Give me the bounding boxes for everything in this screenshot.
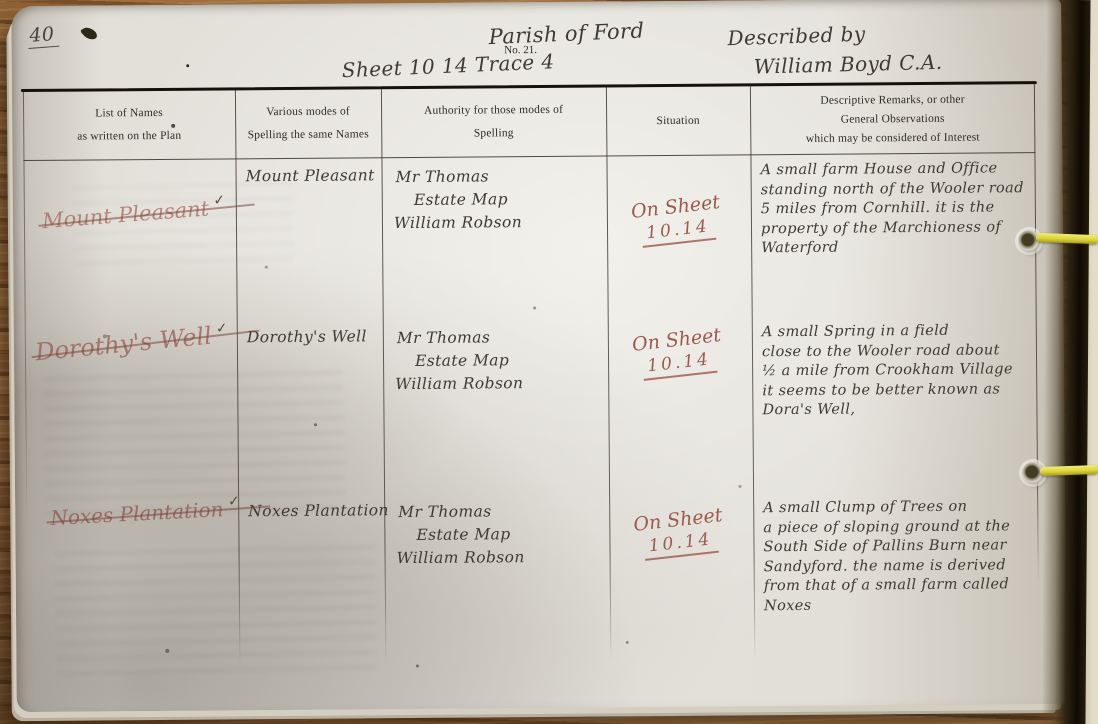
authority-line: Estate Map — [392, 188, 601, 213]
situation-number: 10.14 — [643, 529, 719, 561]
authority-line: Estate Map — [393, 349, 602, 374]
table-row: Dorothy's Well✓ Dorothy's Well Mr Thomas… — [25, 314, 1038, 426]
remarks-line: A small farm House and Office — [760, 159, 1029, 181]
plan-name-cell: Dorothy's Well✓ — [25, 320, 238, 426]
situation-number: 10.14 — [641, 349, 717, 381]
header-line: List of Names — [95, 102, 163, 126]
remarks-text: A small farm House and Office standing n… — [760, 159, 1030, 259]
remarks-line: Dora's Well, — [762, 399, 1031, 421]
remarks-line: close to the Wooler road about — [762, 341, 1031, 363]
checkmark-icon: ✓ — [215, 320, 228, 337]
surveyor-name: William Boyd C.A. — [753, 48, 1014, 79]
header-line: Situation — [656, 109, 700, 132]
table-row: Mount Pleasant✓ Mount Pleasant Mr Thomas… — [24, 159, 1037, 264]
remarks-cell: A small farm House and Office standing n… — [750, 159, 1036, 259]
plan-name-cell: Mount Pleasant✓ — [24, 165, 237, 264]
remarks-line: Waterford — [761, 237, 1030, 259]
remarks-line: property of the Marchioness of — [761, 218, 1030, 240]
remarks-line: A small Spring in a field — [762, 321, 1031, 343]
plan-name: Mount Pleasant✓ — [41, 195, 226, 233]
spelling-name: Mount Pleasant — [246, 166, 376, 185]
authority-cell: Mr Thomas Estate Map William Robson — [381, 162, 607, 261]
authority-line: William Robson — [393, 372, 602, 397]
authority-line: Mr Thomas — [392, 165, 601, 190]
situation-cell: On Sheet 10.14 — [608, 316, 753, 422]
header-line: Authority for those modes of — [424, 99, 563, 123]
remarks-line: it seems to be better known as — [762, 380, 1031, 402]
authority-cell: Mr Thomas Estate Map William Robson — [384, 485, 610, 619]
authority-line: Estate Map — [394, 523, 603, 548]
authority-list: Mr Thomas Estate Map William Robson — [392, 165, 602, 236]
spelling-name: Dorothy's Well — [247, 327, 377, 346]
authority-line: William Robson — [395, 545, 604, 570]
paper-specks — [11, 6, 13, 8]
column-header-spelling-modes: Various modes of Spelling the same Names — [235, 89, 382, 158]
remarks-cell: A small Clump of Trees on a piece of slo… — [753, 482, 1039, 616]
remarks-line: South Side of Pallins Burn near — [763, 536, 1032, 558]
column-header-authority: Authority for those modes of Spelling — [381, 87, 607, 157]
remarks-text: A small Clump of Trees on a piece of slo… — [763, 497, 1033, 616]
spelling-name: Noxes Plantation — [248, 501, 378, 520]
authority-line: William Robson — [392, 211, 601, 236]
remarks-line: Noxes — [764, 595, 1033, 617]
situation-entry: On Sheet 10.14 — [615, 189, 740, 250]
page-number: 40 — [27, 23, 60, 49]
spelling-cell: Mount Pleasant — [236, 164, 383, 263]
name-book-table: List of Names as written on the Plan Var… — [23, 81, 1040, 694]
plan-name: Dorothy's Well✓ — [34, 320, 230, 366]
scanned-document-view: 40 Parish of Ford Described by No. 21. S… — [0, 0, 1098, 724]
header-line: General Observations — [841, 109, 945, 129]
remarks-line: standing north of the Wooler road — [761, 179, 1030, 201]
plan-name: Noxes Plantation✓ — [50, 496, 241, 530]
header-line: which may be considered of Interest — [806, 128, 980, 148]
column-header-names: List of Names as written on the Plan — [23, 90, 236, 160]
authority-line: Mr Thomas — [394, 500, 603, 525]
ledger-page: 40 Parish of Ford Described by No. 21. S… — [11, 0, 1067, 712]
plan-name-cell: Noxes Plantation✓ — [26, 488, 239, 622]
remarks-text: A small Spring in a field close to the W… — [762, 321, 1032, 421]
remarks-line: A small Clump of Trees on — [763, 497, 1032, 519]
header-line: Spelling the same Names — [248, 123, 369, 147]
table-header-row: List of Names as written on the Plan Var… — [23, 84, 1036, 160]
remarks-line: a piece of sloping ground at the — [763, 517, 1032, 539]
checkmark-icon: ✓ — [228, 493, 241, 510]
situation-cell: On Sheet 10.14 — [606, 161, 751, 260]
header-line: Descriptive Remarks, or other — [820, 90, 965, 110]
authority-list: Mr Thomas Estate Map William Robson — [394, 500, 604, 571]
remarks-cell: A small Spring in a field close to the W… — [752, 314, 1038, 421]
table-row: Noxes Plantation✓ Noxes Plantation Mr Th… — [26, 482, 1039, 622]
header-line: Spelling — [474, 122, 514, 145]
header-line: as written on the Plan — [77, 125, 181, 149]
authority-cell: Mr Thomas Estate Map William Robson — [383, 317, 609, 423]
authority-line: Mr Thomas — [393, 326, 602, 351]
remarks-line: ½ a mile from Crookham Village — [762, 360, 1031, 382]
checkmark-icon: ✓ — [213, 192, 226, 209]
spelling-cell: Dorothy's Well — [237, 319, 384, 425]
remarks-line: from that of a small farm called — [764, 575, 1033, 597]
situation-cell: On Sheet 10.14 — [609, 484, 754, 617]
plan-name-text: Mount Pleasant — [41, 196, 210, 233]
page-gutter-shadow — [1041, 0, 1090, 724]
remarks-line: Sandyford. the name is derived — [764, 556, 1033, 578]
authority-list: Mr Thomas Estate Map William Robson — [393, 326, 603, 397]
header-line: Various modes of — [266, 100, 350, 124]
column-header-situation: Situation — [606, 86, 751, 155]
situation-entry: On Sheet 10.14 — [616, 322, 741, 383]
ink-blot — [80, 25, 99, 41]
remarks-line: 5 miles from Cornhill. it is the — [761, 198, 1030, 220]
situation-entry: On Sheet 10.14 — [617, 502, 742, 563]
plan-name-text: Dorothy's Well — [34, 322, 213, 367]
situation-number: 10.14 — [640, 216, 716, 248]
plan-name-text: Noxes Plantation — [50, 497, 224, 530]
column-header-remarks: Descriptive Remarks, or other General Ob… — [750, 84, 1036, 154]
described-by-label: Described by — [701, 21, 892, 51]
